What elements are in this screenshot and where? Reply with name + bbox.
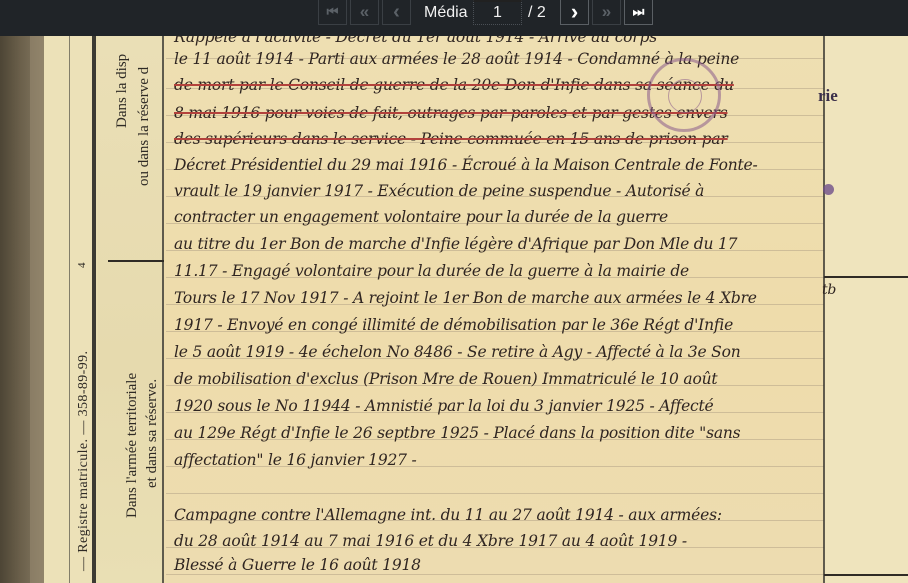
- ink-mark: [823, 184, 834, 195]
- last-page-button[interactable]: ⏭: [624, 0, 653, 25]
- right-column-divider-bottom: [824, 574, 908, 576]
- record-line: Décret Présidentiel du 29 mai 1916 - Écr…: [174, 156, 758, 174]
- skip-first-icon: ⏮: [327, 4, 339, 20]
- record-line: 1920 sous le No 11944 - Amnistié par la …: [174, 397, 714, 415]
- record-line: le 11 août 1914 - Parti aux armées le 28…: [174, 50, 739, 68]
- page-total: / 2: [528, 2, 546, 24]
- chevron-right-icon: ›: [571, 0, 578, 25]
- margin-line: [69, 36, 70, 583]
- margin-thick-line: [92, 36, 96, 583]
- media-toolbar: ⏮ « ‹ Média / 2 › » ⏭: [0, 0, 908, 36]
- chevron-left-icon: ‹: [393, 1, 400, 24]
- first-page-button[interactable]: ⏮: [318, 0, 347, 25]
- skip-last-icon: ⏭: [633, 4, 645, 20]
- record-line: 1917 - Envoyé en congé illimité de démob…: [174, 316, 733, 334]
- double-chevron-right-icon: »: [602, 2, 611, 22]
- media-label: Média: [424, 2, 468, 24]
- rewind-button[interactable]: «: [350, 0, 379, 25]
- record-line: vrault le 19 janvier 1917 - Exécution de…: [174, 182, 704, 200]
- record-line: Tours le 17 Nov 1917 - A rejoint le 1er …: [174, 289, 757, 307]
- strip-label-top-2: ou dans la réserve d: [136, 67, 153, 186]
- double-chevron-left-icon: «: [360, 2, 369, 22]
- fast-forward-button[interactable]: »: [592, 0, 621, 25]
- record-line: 11.17 - Engagé volontaire pour la durée …: [174, 262, 689, 280]
- record-line: contracter un engagement volontaire pour…: [174, 208, 668, 226]
- campaign-line: du 28 août 1914 au 7 mai 1916 et du 4 Xb…: [174, 532, 687, 550]
- campaign-line: Campagne contre l'Allemagne int. du 11 a…: [174, 506, 722, 524]
- record-line: le 5 août 1919 - 4e échelon No 8486 - Se…: [174, 343, 741, 361]
- right-column-divider-top: [824, 276, 908, 278]
- page-number-input[interactable]: [473, 0, 522, 25]
- strip-label-bottom-2: et dans sa réserve.: [144, 379, 161, 488]
- binding-fold: [30, 36, 44, 583]
- record-line: affectation" le 16 janvier 1927 -: [174, 451, 417, 469]
- strip-label-bottom-1: Dans l'armée territoriale: [124, 373, 141, 518]
- register-note: — Registre matricule. — 358-89-99.: [76, 351, 92, 571]
- previous-page-button[interactable]: ‹: [382, 0, 411, 25]
- right-column-border: [823, 36, 825, 583]
- stamp-inner-ring: [668, 79, 702, 113]
- document-viewer[interactable]: — Registre matricule. — 358-89-99. 4 Dan…: [0, 36, 908, 583]
- next-page-button[interactable]: ›: [560, 0, 589, 25]
- record-line-struck: des supérieurs dans le service - Peine c…: [174, 130, 728, 148]
- wounded-line: Blessé à Guerre le 16 août 1918: [174, 556, 421, 574]
- right-page-column: [824, 36, 908, 583]
- strip-label-top-1: Dans la disp: [114, 54, 131, 128]
- record-line: Rappelé à l'activité - Décret du 1er aoû…: [174, 36, 657, 46]
- strip-divider: [108, 260, 164, 262]
- record-line: de mobilisation d'exclus (Prison Mre de …: [174, 370, 717, 388]
- register-number: 4: [76, 262, 88, 268]
- margin-mark: tb: [822, 282, 836, 298]
- official-stamp: [647, 58, 721, 132]
- record-line: au 129e Régt d'Infie le 26 septbre 1925 …: [174, 424, 740, 442]
- ruled-line: [166, 574, 824, 575]
- ruled-line: [166, 493, 824, 494]
- printed-fragment: rie: [818, 86, 838, 106]
- record-line-struck: 8 mai 1916 pour voies de fait, outrages …: [174, 104, 728, 122]
- record-line: au titre du 1er Bon de marche d'Infie lé…: [174, 235, 737, 253]
